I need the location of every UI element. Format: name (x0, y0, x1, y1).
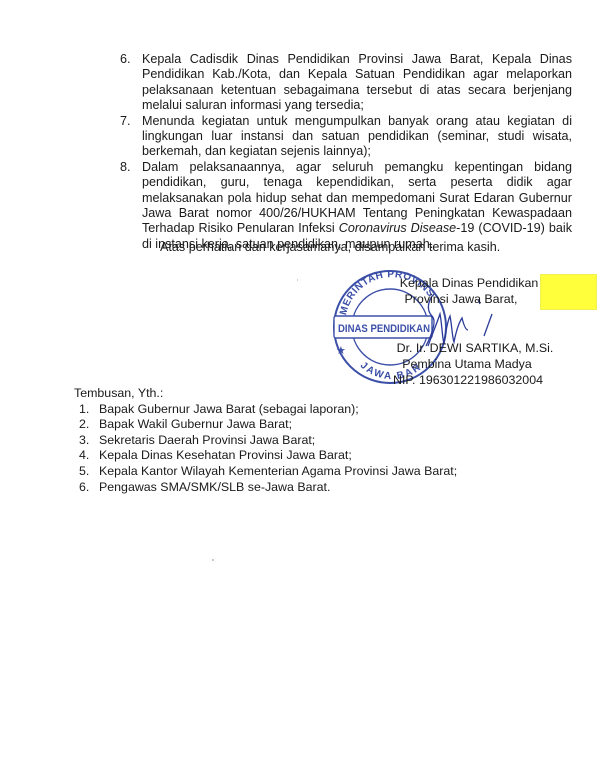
item-number: 2. (79, 417, 89, 433)
item-text: Menunda kegiatan untuk mengumpulkan bany… (142, 114, 572, 160)
carbon-copy-item: 4.Kepala Dinas Kesehatan Provinsi Jawa B… (74, 448, 457, 464)
item-number: 5. (79, 464, 89, 480)
item-text: Kepala Dinas Kesehatan Provinsi Jawa Bar… (99, 448, 352, 462)
signatory-rank: Pembina Utama Madya (376, 356, 558, 372)
item-text: Bapak Wakil Gubernur Jawa Barat; (99, 417, 292, 431)
signatory-office: Provinsi Jawa Barat, (364, 291, 558, 307)
item-number: 1. (79, 402, 89, 418)
item-text-italic: Coronavirus Disease (339, 221, 456, 235)
item-text: Bapak Gubernur Jawa Barat (sebagai lapor… (99, 402, 359, 416)
item-text: Pengawas SMA/SMK/SLB se-Jawa Barat. (99, 480, 330, 494)
signature-block: Kepala Dinas Pendidikan Provinsi Jawa Ba… (358, 275, 558, 388)
carbon-copy-heading: Tembusan, Yth.: (74, 386, 457, 402)
item-number: 4. (79, 448, 89, 464)
instruction-list: 6. Kepala Cadisdik Dinas Pendidikan Prov… (120, 52, 572, 252)
signatory-title: Kepala Dinas Pendidikan (380, 275, 558, 291)
carbon-copy-item: 5.Kepala Kantor Wilayah Kementerian Agam… (74, 464, 457, 480)
carbon-copy-item: 6.Pengawas SMA/SMK/SLB se-Jawa Barat. (74, 480, 457, 496)
closing-remark: Atas perhatian dan kerjasamanya, disampa… (160, 240, 500, 255)
item-text: Dalam pelaksanaannya, agar seluruh peman… (142, 160, 572, 252)
carbon-copy-list: 1.Bapak Gubernur Jawa Barat (sebagai lap… (74, 402, 457, 496)
item-text: Sekretaris Daerah Provinsi Jawa Barat; (99, 433, 315, 447)
signatory-name: Dr. Ir. DEWI SARTIKA, M.Si. (392, 340, 558, 356)
sticky-note-highlight (540, 274, 597, 310)
item-number: 3. (79, 433, 89, 449)
scan-artifact (297, 279, 298, 281)
item-number: 8. (120, 160, 131, 175)
item-number: 6. (120, 52, 131, 67)
item-number: 6. (79, 480, 89, 496)
item-text: Kepala Kantor Wilayah Kementerian Agama … (99, 464, 457, 478)
svg-text:★: ★ (336, 344, 346, 357)
instruction-item-6: 6. Kepala Cadisdik Dinas Pendidikan Prov… (120, 52, 572, 114)
carbon-copy-item: 2.Bapak Wakil Gubernur Jawa Barat; (74, 417, 457, 433)
carbon-copy-item: 3.Sekretaris Daerah Provinsi Jawa Barat; (74, 433, 457, 449)
item-number: 7. (120, 114, 131, 129)
scan-artifact (212, 559, 214, 561)
carbon-copy-item: 1.Bapak Gubernur Jawa Barat (sebagai lap… (74, 402, 457, 418)
carbon-copy-section: Tembusan, Yth.: 1.Bapak Gubernur Jawa Ba… (74, 386, 457, 495)
document-page: 6. Kepala Cadisdik Dinas Pendidikan Prov… (0, 0, 600, 768)
instruction-item-7: 7. Menunda kegiatan untuk mengumpulkan b… (120, 114, 572, 160)
instruction-item-8: 8. Dalam pelaksanaannya, agar seluruh pe… (120, 160, 572, 252)
item-text: Kepala Cadisdik Dinas Pendidikan Provins… (142, 52, 572, 114)
